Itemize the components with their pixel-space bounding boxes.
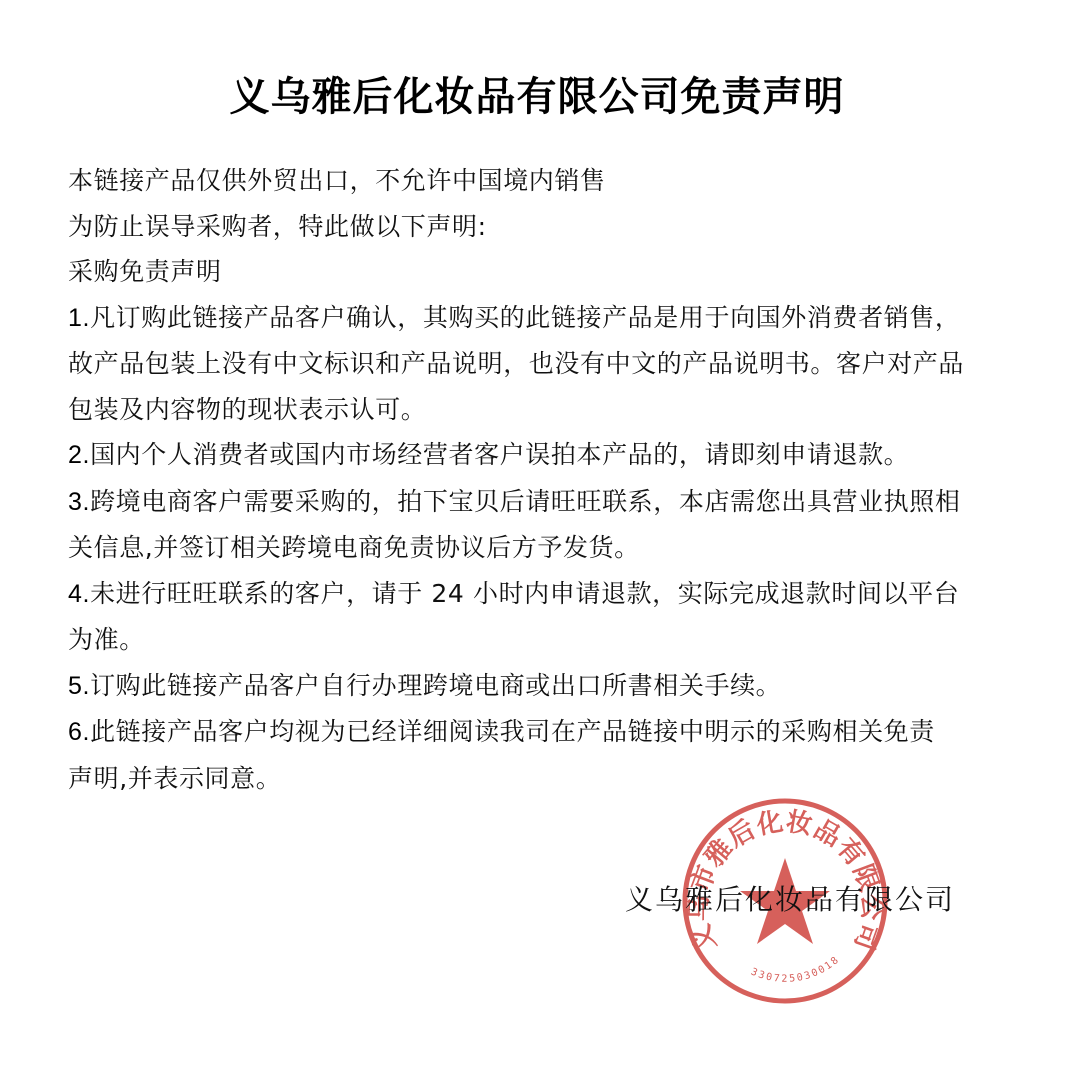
clause-text: 凡订购此链接产品客户确认，其购买的此链接产品是用于向国外消费者销售， [90,303,960,332]
clause-text: 订购此链接产品客户自行办理跨境电商或出口所書相关手续。 [90,671,781,700]
clause-3-line: 关信息,并签订相关跨境电商免责协议后方予发货。 [68,525,1008,571]
svg-text:330725030018: 330725030018 [749,954,842,985]
document-title: 义乌雅后化妆品有限公司免责声明 [0,72,1074,122]
clause-1-line: 包装及内容物的现状表示认可。 [68,387,1008,433]
clause-text: 跨境电商客户需要采购的，拍下宝贝后请旺旺联系，本店需您出具营业执照相 [90,487,960,516]
clause-text: 未进行旺旺联系的客户，请于 24 小时内申请退款，实际完成退款时间以平台 [90,579,959,608]
clause-6-line: 6.此链接产品客户均视为已经详细阅读我司在产品链接中明示的采购相关免责 [68,709,1008,756]
section-heading: 采购免责声明 [68,249,1008,295]
clause-1-line: 故产品包装上没有中文标识和产品说明，也没有中文的产品说明书。客户对产品 [68,341,1008,387]
clause-text: 此链接产品客户均视为已经详细阅读我司在产品链接中明示的采购相关免责 [90,717,935,746]
clause-1-line: 1.凡订购此链接产品客户确认，其购买的此链接产品是用于向国外消费者销售， [68,295,1008,342]
signature-company-name: 义乌雅后化妆品有限公司 [625,882,955,918]
clause-number: 5. [68,672,90,700]
clause-number: 2. [68,441,90,469]
clause-number: 6. [68,718,90,746]
intro-line: 本链接产品仅供外贸出口，不允许中国境内销售 [68,158,1008,204]
clause-4-line: 4.未进行旺旺联系的客户，请于 24 小时内申请退款，实际完成退款时间以平台 [68,571,1008,618]
clause-number: 3. [68,488,90,516]
clause-5-line: 5.订购此链接产品客户自行办理跨境电商或出口所書相关手续。 [68,663,1008,710]
clause-2-line: 2.国内个人消费者或国内市场经营者客户误拍本产品的，请即刻申请退款。 [68,432,1008,479]
document-body: 本链接产品仅供外贸出口，不允许中国境内销售 为防止误导采购者，特此做以下声明: … [68,158,1008,801]
clause-number: 1. [68,304,90,332]
clause-4-line: 为准。 [68,617,1008,663]
seal-serial: 330725030018 [749,954,842,985]
clause-number: 4. [68,580,90,608]
clause-6-line: 声明,并表示同意。 [68,756,1008,802]
clause-text: 国内个人消费者或国内市场经营者客户误拍本产品的，请即刻申请退款。 [90,440,909,469]
intro-line: 为防止误导采购者，特此做以下声明: [68,204,1008,250]
clause-3-line: 3.跨境电商客户需要采购的，拍下宝贝后请旺旺联系，本店需您出具营业执照相 [68,479,1008,526]
